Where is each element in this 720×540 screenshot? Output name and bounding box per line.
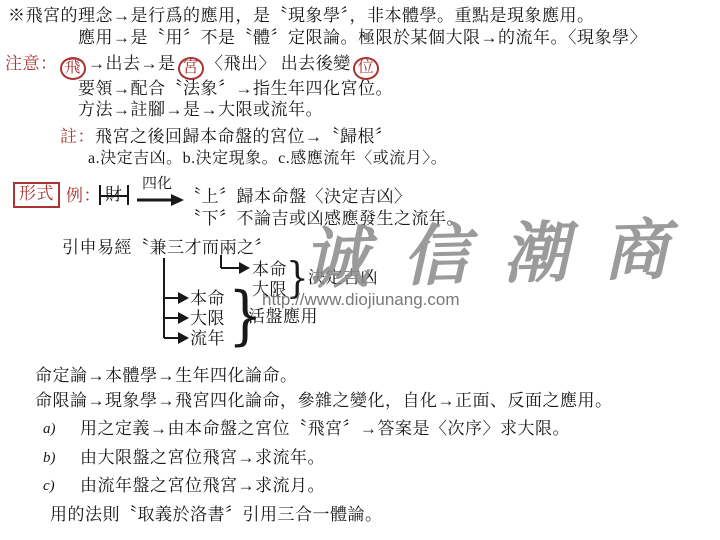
diagram-lower-result: 活盤應用 (248, 307, 318, 327)
step-text-c: 由流年盤之宮位飛宮→求流月。 (80, 476, 325, 496)
step-marker-b: b) (43, 450, 56, 467)
footer-line: 用的法則〝取義於洛書〞引用三合一體論。 (50, 505, 383, 525)
form-upper-line: 〝上〞歸本命盤〈決定吉凶〉 (184, 187, 412, 207)
circled-char-position: 位 (353, 57, 380, 80)
step-marker-a: a) (43, 421, 56, 438)
palace-cell: 財 (99, 185, 129, 205)
diagram-lower-item-1: 本命 (190, 289, 225, 309)
intro-line-1: ※飛宮的理念→是行爲的應用，是〝現象學〞，非本體學。重點是現象應用。 (8, 6, 595, 26)
notice-line: 注意：飛→出去→是宮〈飛出〉 出去後變位 (5, 54, 381, 80)
note-line: 註：飛宮之後回歸本命盤的宮位→〝歸根〞 (60, 127, 393, 147)
note-text: 飛宮之後回歸本命盤的宮位→〝歸根〞 (95, 127, 393, 146)
step-text-b: 由大限盤之宮位飛宮→求流年。 (80, 448, 325, 468)
diagram-lower-item-2: 大限 (190, 309, 225, 329)
circled-char-palace: 宮 (178, 57, 205, 80)
example-label: 例： (66, 186, 101, 206)
notice-seg2: 〈飛出〉 出去後變 (206, 54, 351, 73)
watermark-logo: 诚信潮商 (302, 216, 704, 292)
palace-cell-text: 財 (105, 185, 123, 204)
circled-char-fly: 飛 (60, 57, 87, 80)
theory-line-2: 命限論→現象學→飛宮四化論命，參雜之變化，自化→正面、反面之應用。 (35, 391, 613, 411)
notice-seg1: →出去→是 (88, 54, 176, 73)
notice-label: 注意： (5, 54, 58, 73)
form-box-label: 形式 (13, 182, 60, 208)
document-page: ※飛宮的理念→是行爲的應用，是〝現象學〞，非本體學。重點是現象應用。 應用→是〝… (0, 0, 720, 540)
step-marker-c: c) (43, 478, 55, 495)
notice-line-3: 方法→註腳→是→大限或流年。 (78, 100, 323, 120)
arrow-label-sihua: 四化 (142, 176, 172, 193)
four-trans-arrow-icon (137, 193, 185, 207)
watermark-url: http://www.diojiunang.com (262, 290, 460, 310)
theory-line-1: 命定論→本體學→生年四化論命。 (35, 366, 298, 386)
notice-line-2: 要領→配合〝法象〞→指生年四化宮位。 (78, 79, 393, 99)
note-label: 註： (60, 127, 95, 146)
step-text-a: 用之定義→由本命盤之宮位〝飛宮〞→答案是〈次序〉求大限。 (80, 419, 570, 439)
note-subtext: a.決定吉凶。b.決定現象。c.感應流年〈或流月〉。 (88, 150, 447, 168)
intro-line-2: 應用→是〝用〞不是〝體〞定限論。極限於某個大限→的流年。〈現象學〉 (78, 28, 647, 48)
diagram-upper-item-1: 本命 (252, 260, 287, 280)
diagram-lower-item-3: 流年 (190, 329, 225, 349)
